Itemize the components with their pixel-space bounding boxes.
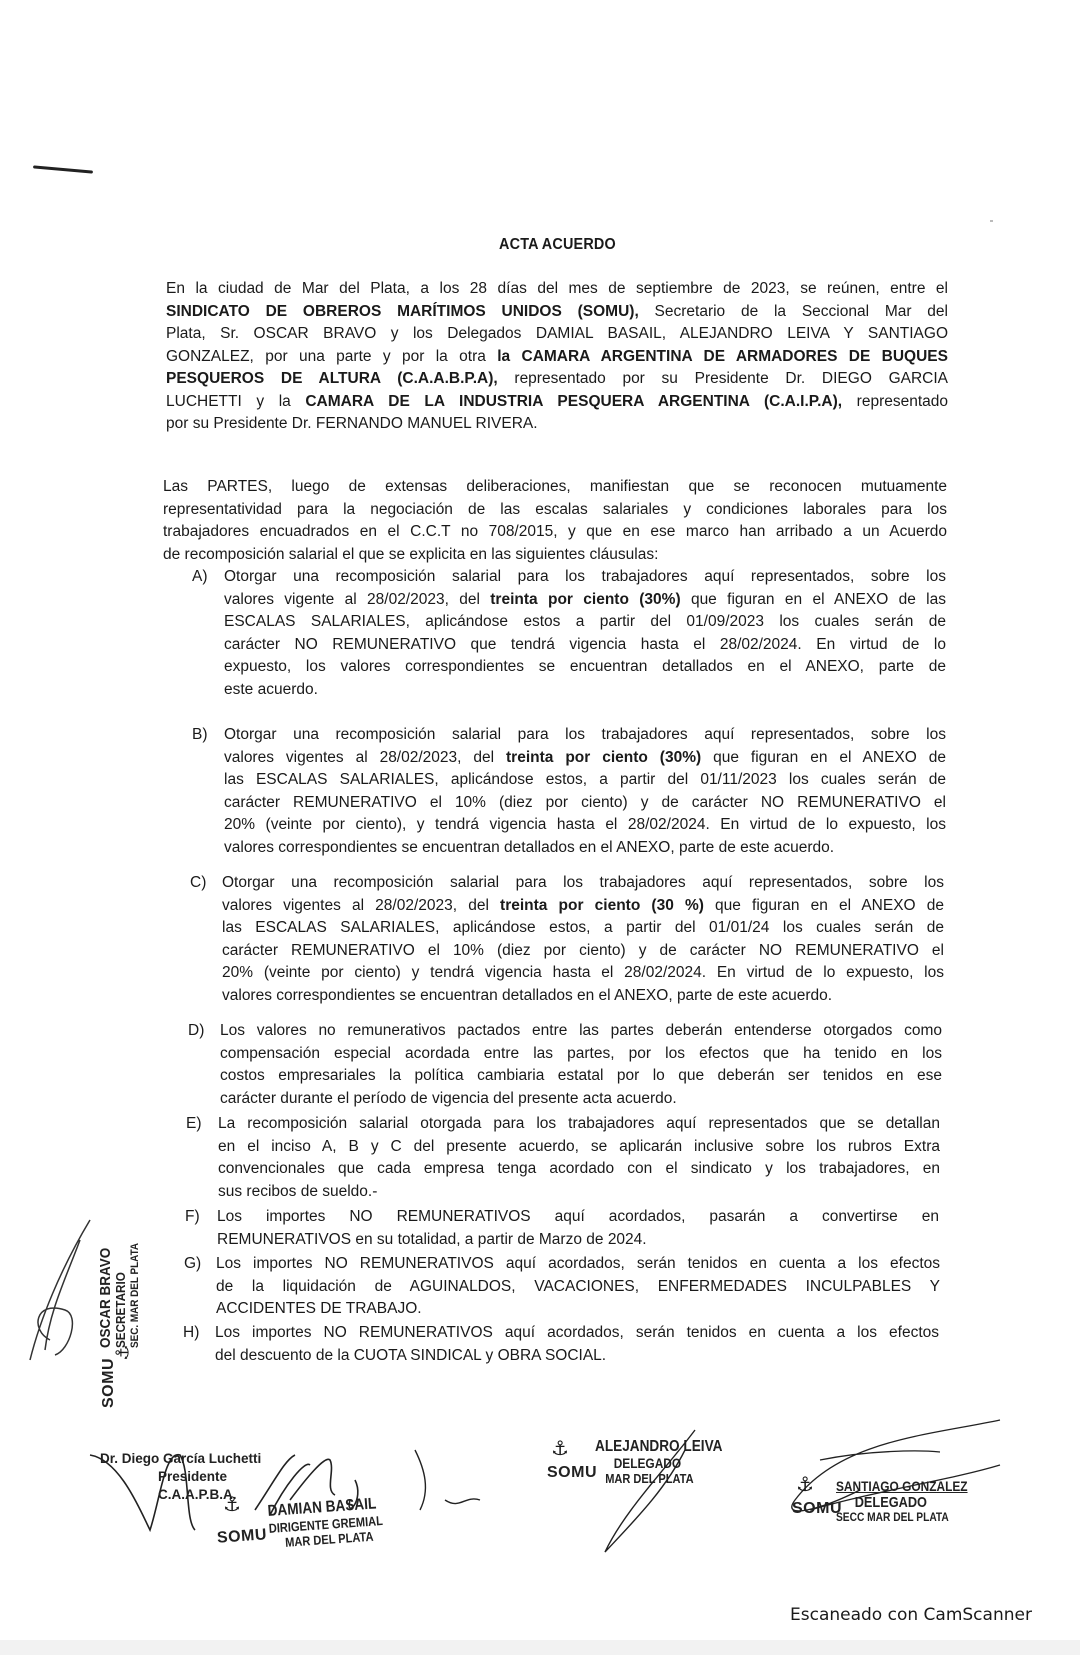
text-line: en el inciso A, B y C del presente acuer… xyxy=(218,1136,940,1159)
stamp-name: ALEJANDRO LEIVA xyxy=(595,1438,722,1456)
somu-logo-text: SOMU xyxy=(547,1464,597,1482)
text-line: las ESCALAS SALARIALES, aplicándose esto… xyxy=(224,769,946,792)
text-line: de la liquidación de AGUINALDOS, VACACIO… xyxy=(216,1276,940,1299)
text-line: representatividad para la negociación de… xyxy=(163,499,947,522)
text-line: Los importes NO REMUNERATIVOS aquí acord… xyxy=(215,1322,939,1345)
text-line: valores correspondientes se encuentran d… xyxy=(222,985,944,1008)
text-line: Los valores no remunerativos pactados en… xyxy=(220,1020,942,1043)
text-line: Los importes NO REMUNERATIVOS aquí acord… xyxy=(216,1253,940,1276)
scan-speck xyxy=(990,220,993,222)
camscanner-watermark: Escaneado con CamScanner xyxy=(790,1605,1032,1625)
text-line: carácter REMUNERATIVO el 10% (diez por c… xyxy=(224,792,946,815)
clause-marker: H) xyxy=(183,1322,199,1345)
text-line: compensación especial acordada entre las… xyxy=(220,1043,942,1066)
text-line: de recomposición salarial el que se expl… xyxy=(163,544,947,567)
footer-band xyxy=(0,1640,1080,1655)
text-line: sus recibos de sueldo.- xyxy=(218,1181,940,1204)
stamp-role: SECRETARIO xyxy=(113,1243,128,1348)
clause-text: La recomposición salarial otorgada para … xyxy=(218,1113,940,1203)
text-line: SINDICATO DE OBREROS MARÍTIMOS UNIDOS (S… xyxy=(166,301,948,324)
intro-paragraph: En la ciudad de Mar del Plata, a los 28 … xyxy=(166,278,948,436)
text-line: Las PARTES, luego de extensas deliberaci… xyxy=(163,476,947,499)
stamp-name: SANTIAGO GONZALEZ xyxy=(836,1478,968,1495)
clause-text: Los importes NO REMUNERATIVOS aquí acord… xyxy=(217,1206,939,1251)
text-line: 20% (veinte por ciento), y tendrá vigenc… xyxy=(224,814,946,837)
stamp-alejandro-leiva: ⚓ SOMU ALEJANDRO LEIVA DELEGADO MAR DEL … xyxy=(545,1430,745,1560)
clause-marker: F) xyxy=(185,1206,200,1229)
clause-text: Otorgar una recomposición salarial para … xyxy=(222,872,944,1007)
stamp-role: DELEGADO xyxy=(836,1495,968,1510)
stamp-oscar-bravo: OSCAR BRAVO SECRETARIO SEC. MAR DEL PLAT… xyxy=(60,1210,160,1370)
stamp-name: OSCAR BRAVO xyxy=(98,1243,113,1348)
text-line: 20% (veinte por ciento) y tendrá vigenci… xyxy=(222,962,944,985)
clause-marker: C) xyxy=(190,872,206,895)
text-line: Plata, Sr. OSCAR BRAVO y los Delegados D… xyxy=(166,323,948,346)
text-line: carácter REMUNERATIVO el 10% (diez por c… xyxy=(222,940,944,963)
text-line: valores vigente al 28/02/2023, del trein… xyxy=(224,589,946,612)
text-line: Los importes NO REMUNERATIVOS aquí acord… xyxy=(217,1206,939,1229)
text-line: carácter NO REMUNERATIVO que tendrá vige… xyxy=(224,634,946,657)
clause-marker: B) xyxy=(192,724,208,747)
text-line: REMUNERATIVOS en su totalidad, a partir … xyxy=(217,1229,939,1252)
text-line: valores correspondientes se encuentran d… xyxy=(224,837,946,860)
somu-logo-text: SOMU xyxy=(216,1526,267,1547)
somu-logo-text: SOMU xyxy=(792,1500,842,1518)
text-line: ESCALAS SALARIALES, aplicándose estos a … xyxy=(224,611,946,634)
text-line: En la ciudad de Mar del Plata, a los 28 … xyxy=(166,278,948,301)
stamp-role: DELEGADO xyxy=(595,1456,722,1471)
clause-text: Los valores no remunerativos pactados en… xyxy=(220,1020,942,1110)
text-line: valores vigentes al 28/02/2023, del trei… xyxy=(222,895,944,918)
text-line: GONZALEZ, por una parte y por la otra la… xyxy=(166,346,948,369)
text-line: este acuerdo. xyxy=(224,679,946,702)
text-line: La recomposición salarial otorgada para … xyxy=(218,1113,940,1136)
text-line: Otorgar una recomposición salarial para … xyxy=(224,566,946,589)
anchor-icon: ⚓ xyxy=(113,1344,134,1360)
stamp-santiago-gonzalez: ⚓ SOMU SANTIAGO GONZALEZ DELEGADO SECC M… xyxy=(790,1420,1010,1540)
stamp-damian-basail: ⚓ SOMU DAMIAN BASAIL DIRIGENTE GREMIAL M… xyxy=(215,1440,495,1570)
clause-marker: D) xyxy=(188,1020,204,1043)
clause-text: Los importes NO REMUNERATIVOS aquí acord… xyxy=(216,1253,940,1321)
pen-mark xyxy=(33,165,93,173)
text-line: convencionales que cada empresa tenga ac… xyxy=(218,1158,940,1181)
text-line: valores vigentes al 28/02/2023, del trei… xyxy=(224,747,946,770)
text-line: LUCHETTI y la CAMARA DE LA INDUSTRIA PES… xyxy=(166,391,948,414)
anchor-icon: ⚓ xyxy=(223,1492,241,1517)
text-line: trabajadores encuadrados en el C.C.T no … xyxy=(163,521,947,544)
text-line: Otorgar una recomposición salarial para … xyxy=(222,872,944,895)
clause-marker: E) xyxy=(186,1113,202,1136)
text-line: ACCIDENTES DE TRABAJO. xyxy=(216,1298,940,1321)
clause-marker: G) xyxy=(184,1253,201,1276)
clause-text: Otorgar una recomposición salarial para … xyxy=(224,724,946,859)
clause-marker: A) xyxy=(192,566,208,589)
somu-logo-text: SOMU xyxy=(100,1358,118,1408)
clause-text: Otorgar una recomposición salarial para … xyxy=(224,566,946,701)
text-line: PESQUEROS DE ALTURA (C.A.A.B.P.A), repre… xyxy=(166,368,948,391)
scanned-page: ACTA ACUERDO En la ciudad de Mar del Pla… xyxy=(0,0,1080,1640)
text-line: del descuento de la CUOTA SINDICAL y OBR… xyxy=(215,1345,939,1368)
text-line: Otorgar una recomposición salarial para … xyxy=(224,724,946,747)
anchor-icon: ⚓ xyxy=(796,1472,814,1497)
clause-text: Los importes NO REMUNERATIVOS aquí acord… xyxy=(215,1322,939,1367)
anchor-icon: ⚓ xyxy=(551,1436,569,1461)
stamp-section: SECC MAR DEL PLATA xyxy=(836,1510,968,1525)
stamp-section: SEC. MAR DEL PLATA xyxy=(128,1243,143,1348)
text-line: costos empresariales la política cambiar… xyxy=(220,1065,942,1088)
text-line: las ESCALAS SALARIALES, aplicándose esto… xyxy=(222,917,944,940)
partes-paragraph: Las PARTES, luego de extensas deliberaci… xyxy=(163,476,947,566)
text-line: por su Presidente Dr. FERNANDO MANUEL RI… xyxy=(166,413,948,436)
text-line: expuesto, los valores correspondientes s… xyxy=(224,656,946,679)
text-line: carácter durante el período de vigencia … xyxy=(220,1088,942,1111)
document-title: ACTA ACUERDO xyxy=(56,236,1059,254)
stamp-section: MAR DEL PLATA xyxy=(595,1471,722,1486)
